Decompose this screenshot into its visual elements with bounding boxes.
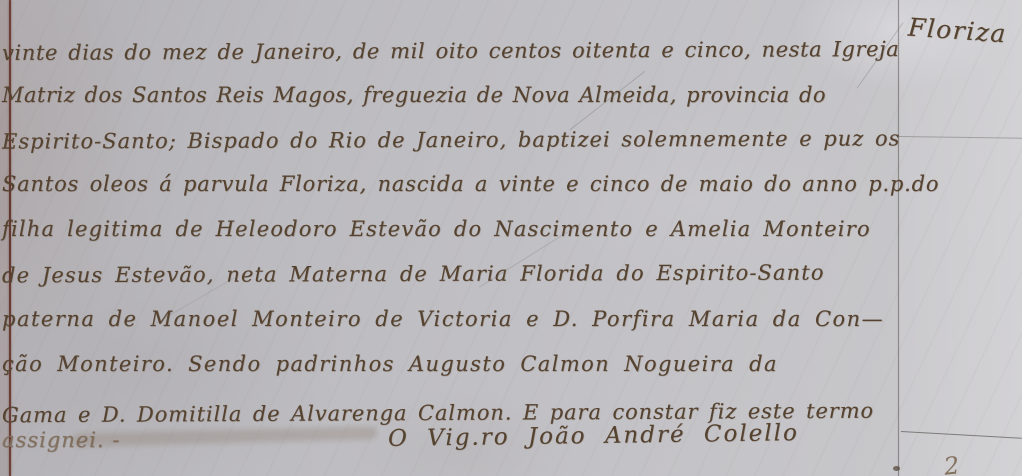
right-margin-column bbox=[899, 0, 1022, 476]
margin-vertical-rule bbox=[898, 0, 899, 476]
page-number-fragment: 2 bbox=[943, 451, 961, 476]
record-line: ção Monteiro. Sendo padrinhos Augusto Ca… bbox=[2, 352, 778, 376]
record-line: vinte dias do mez de Janeiro, de mil oit… bbox=[2, 37, 899, 65]
manuscript-page: Floriza vinte dias do mez de Janeiro, de… bbox=[0, 0, 1022, 476]
record-line: Espirito-Santo; Bispado do Rio de Janeir… bbox=[2, 126, 901, 153]
record-line: Matriz dos Santos Reis Magos, freguezia … bbox=[2, 83, 826, 107]
record-line: Santos oleos á parvula Floriza, nascida … bbox=[2, 172, 939, 196]
record-line: paterna de Manoel Monteiro de Victoria e… bbox=[2, 307, 884, 331]
vicar-signature: O Vig.ro João André Colello bbox=[388, 420, 799, 452]
ink-blot bbox=[893, 466, 900, 471]
record-closing-phrase: assignei. - bbox=[2, 428, 120, 452]
record-line: de Jesus Estevão, neta Materna de Maria … bbox=[2, 261, 825, 288]
record-line: filha legitima de Heleodoro Estevão do N… bbox=[2, 217, 871, 241]
